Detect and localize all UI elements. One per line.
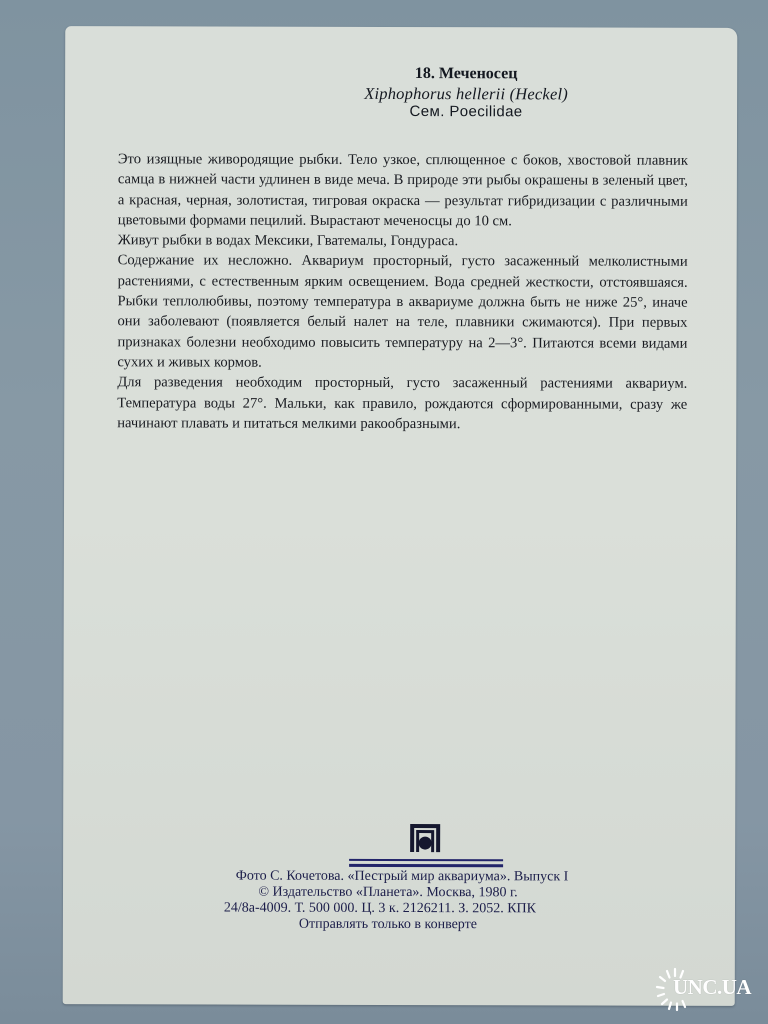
publisher-imprint: Фото С. Кочетова. «Пестрый мир аквариума… [63, 868, 735, 934]
card-title: 18. Меченосец [195, 63, 737, 84]
paragraph-habitat: Живут рыбки в водах Мексики, Гватемалы, … [118, 230, 688, 252]
unc-watermark: UNC.UA [655, 965, 765, 1015]
paragraph-care: Содержание их несложно. Аквариум простор… [117, 251, 687, 374]
imprint-mailing-note: Отправлять только в конверте [41, 916, 735, 934]
divider-line-bottom [349, 864, 503, 867]
description-text: Это изящные живородящие рыбки. Тело узко… [117, 149, 688, 435]
planeta-publisher-logo-icon [409, 823, 441, 853]
paragraph-appearance: Это изящные живородящие рыбки. Тело узко… [118, 149, 688, 232]
imprint-publisher: © Издательство «Планета». Москва, 1980 г… [41, 884, 735, 902]
postcard-back: 18. Меченосец Xiphophorus hellerii (Heck… [63, 26, 738, 1006]
latin-name: Xiphophorus hellerii (Heckel) [195, 83, 737, 103]
divider-line-top [349, 859, 503, 861]
imprint-print-codes: 24/8а-4009. Т. 500 000. Ц. 3 к. 2126211.… [25, 900, 735, 918]
watermark-text: UNC.UA [673, 975, 751, 1000]
card-header: 18. Меченосец Xiphophorus hellerii (Heck… [65, 63, 737, 122]
paragraph-breeding: Для разведения необходим просторный, гус… [117, 373, 687, 435]
family-name: Сем. Poecilidae [195, 102, 737, 121]
imprint-photo-credit: Фото С. Кочетова. «Пестрый мир аквариума… [69, 868, 735, 886]
